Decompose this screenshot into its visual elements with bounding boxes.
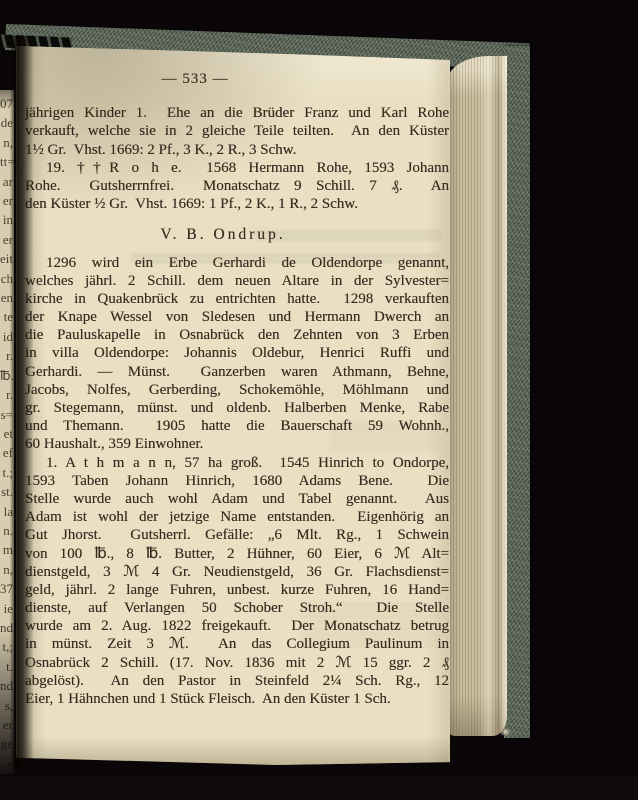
cut-off-text-fragment: st. (0, 482, 13, 501)
cut-off-text-fragment: te (0, 307, 13, 326)
cut-off-text-fragment: n. (0, 521, 13, 540)
cut-off-text-fragment: tt= (0, 152, 13, 171)
cut-off-text-fragment: m (0, 540, 13, 559)
cut-off-text-fragment: in (0, 210, 13, 229)
text-line: Stelle wurde auch wohl Adam und Tabel ge… (25, 490, 449, 508)
paragraph: 1296 wird ein Erbe Gerhardi de Oldendorp… (25, 254, 449, 454)
cut-off-text-fragment: t. (0, 657, 13, 676)
cut-off-text-fragment: n, (0, 560, 13, 579)
text-line: Osnabrück 2 Schill. (17. Nov. 1836 mit 2… (25, 654, 449, 672)
paragraph: 1. A t h m a n n, 57 ha groß. 1545 Hinri… (25, 454, 449, 709)
cut-off-text-fragment: en (0, 288, 13, 307)
cut-off-text-fragment: » (0, 754, 13, 773)
text-line: Eier, 1 Hähnchen und 1 Stück Fleisch. An… (25, 690, 449, 708)
cut-off-text-fragment: n, (0, 133, 13, 152)
text-line: dienste, auf Verlangen 50 Schober Stroh.… (25, 599, 449, 617)
cut-off-text-fragment: ef (0, 443, 13, 462)
text-line: Adam ist wohl der jetzige Name entstande… (25, 508, 449, 526)
text-line: von 100 ℔., 8 ℔. Butter, 2 Hühner, 60 Ei… (25, 545, 449, 563)
text-line: welches jährl. 2 Schill. dem neuen Altar… (25, 272, 449, 290)
page-fore-edge (447, 56, 507, 736)
cut-off-text-fragment: 07 (0, 94, 13, 113)
text-line: wurde am 2. Aug. 1822 freigekauft. Der M… (25, 617, 449, 635)
cut-off-text-fragment: de (0, 113, 13, 132)
cut-off-text-fragment: t.; (0, 463, 13, 482)
cut-off-text-fragment: et (0, 424, 13, 443)
text-line: in villa Oldendorpe: Johannis Oldebur, H… (25, 344, 449, 362)
cut-off-text-fragment: er (0, 191, 13, 210)
cut-off-text-fragment: er (0, 230, 13, 249)
facing-page-edge: 07den,tt=arerinereitchenteidr.℔.r.s=etef… (0, 90, 14, 774)
book-photo: 07den,tt=arerinereitchenteidr.℔.r.s=etef… (0, 0, 638, 800)
text-line: Jacobs, Nolfes, Gerberding, Schokemöhle,… (25, 381, 449, 399)
text-line: geld, jährl. 2 lange Fuhren, unbest. kur… (25, 581, 449, 599)
text-line: dienstgeld, 3 ℳ 4 Gr. Neudienstgeld, 36 … (25, 563, 449, 581)
page-text: — 533 — jährigen Kinder 1. Ehe an die Br… (25, 70, 449, 708)
text-line: abgelöst). An den Pastor in Steinfeld 2¼… (25, 672, 449, 690)
text-line: der Knape Wessel von Sledesen und Herman… (25, 308, 449, 326)
book-cover-right-edge (504, 46, 530, 738)
cut-off-text-fragment: ge (0, 734, 13, 753)
cut-off-text-fragment: 37 (0, 579, 13, 598)
cut-off-text-fragment: ℔. (0, 366, 13, 385)
cut-off-text-fragment: s, (0, 696, 13, 715)
text-line: 1. A t h m a n n, 57 ha groß. 1545 Hinri… (25, 454, 449, 472)
cut-off-text-fragment: eit (0, 249, 13, 268)
facing-page-text-fragments: 07den,tt=arerinereitchenteidr.℔.r.s=etef… (0, 94, 13, 773)
paragraph: jährigen Kinder 1. Ehe an die Brüder Fra… (25, 104, 449, 159)
cut-off-text-fragment: la (0, 502, 13, 521)
cut-off-text-fragment: id (0, 327, 13, 346)
book-page: — 533 — jährigen Kinder 1. Ehe an die Br… (16, 34, 450, 765)
text-line: und Themann. 1905 hatte die Bauerschaft … (25, 417, 449, 435)
text-line: 1296 wird ein Erbe Gerhardi de Oldendorp… (25, 254, 449, 272)
page-number: — 533 — (0, 70, 407, 88)
table-surface (0, 776, 638, 800)
text-line: 19. ††R o h e. 1568 Hermann Rohe, 1593 J… (25, 159, 449, 177)
cut-off-text-fragment: ar (0, 172, 13, 191)
section-heading: V. B. Ondrup. (11, 226, 435, 244)
paragraph: 19. ††R o h e. 1568 Hermann Rohe, 1593 J… (25, 159, 449, 214)
cut-off-text-fragment: nd (0, 676, 13, 695)
cut-off-text-fragment: r. (0, 346, 13, 365)
cut-off-text-fragment: ie (0, 599, 13, 618)
text-line: Gut Jhorst. Gutsherrl. Gefälle: „6 Mlt. … (25, 526, 449, 544)
text-line: 60 Haushalt., 359 Einwohner. (25, 435, 449, 453)
cut-off-text-fragment: er (0, 715, 13, 734)
text-line: jährigen Kinder 1. Ehe an die Brüder Fra… (25, 104, 449, 122)
text-line: die Pauluskapelle in Osnabrück den Zehnt… (25, 326, 449, 344)
text-line: 1593 Taben Johann Hinrich, 1680 Adams Be… (25, 472, 449, 490)
text-line: Rohe. Gutsherrnfrei. Monatschatz 9 Schil… (25, 177, 449, 195)
text-line: 1½ Gr. Vhst. 1669: 2 Pf., 3 K., 2 R., 3 … (25, 141, 449, 159)
cut-off-text-fragment: t,; (0, 637, 13, 656)
cut-off-text-fragment: nd (0, 618, 13, 637)
text-line: kirche in Quakenbrück zu entrichten hatt… (25, 290, 449, 308)
page-body: jährigen Kinder 1. Ehe an die Brüder Fra… (25, 104, 449, 708)
cut-off-text-fragment: s= (0, 405, 13, 424)
text-line: in münst. Zeit 3 ℳ. An das Collegium Pau… (25, 635, 449, 653)
text-line: verkauft, welche sie in 2 gleiche Teile … (25, 122, 449, 140)
cut-off-text-fragment: r. (0, 385, 13, 404)
text-line: gr. Stegemann, münst. und oldenb. Halber… (25, 399, 449, 417)
text-line: den Küster ½ Gr. Vhst. 1669: 1 Pf., 2 K.… (25, 195, 449, 213)
text-line: Gerhardi. — Münst. Ganzerben waren Athma… (25, 363, 449, 381)
cut-off-text-fragment: ch (0, 269, 13, 288)
